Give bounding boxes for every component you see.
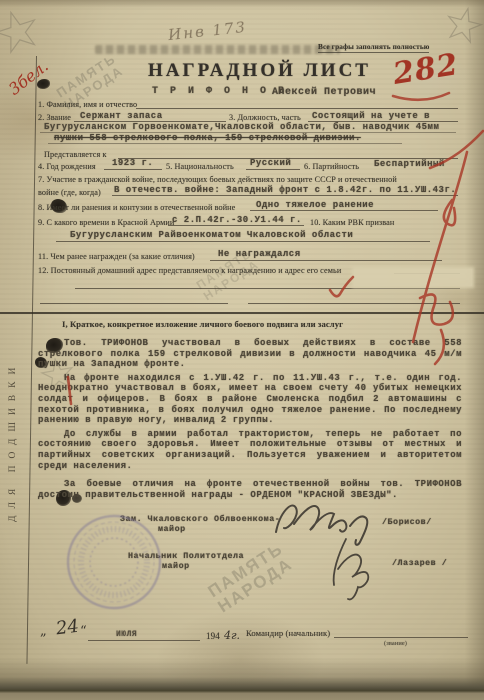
document-page: ★ ★ ★ ПАМЯТЬ НАРОДА ПАМЯТЬ НАРОДА ПАМЯТЬ…	[0, 0, 484, 700]
red-pencil-annotations	[0, 0, 484, 700]
